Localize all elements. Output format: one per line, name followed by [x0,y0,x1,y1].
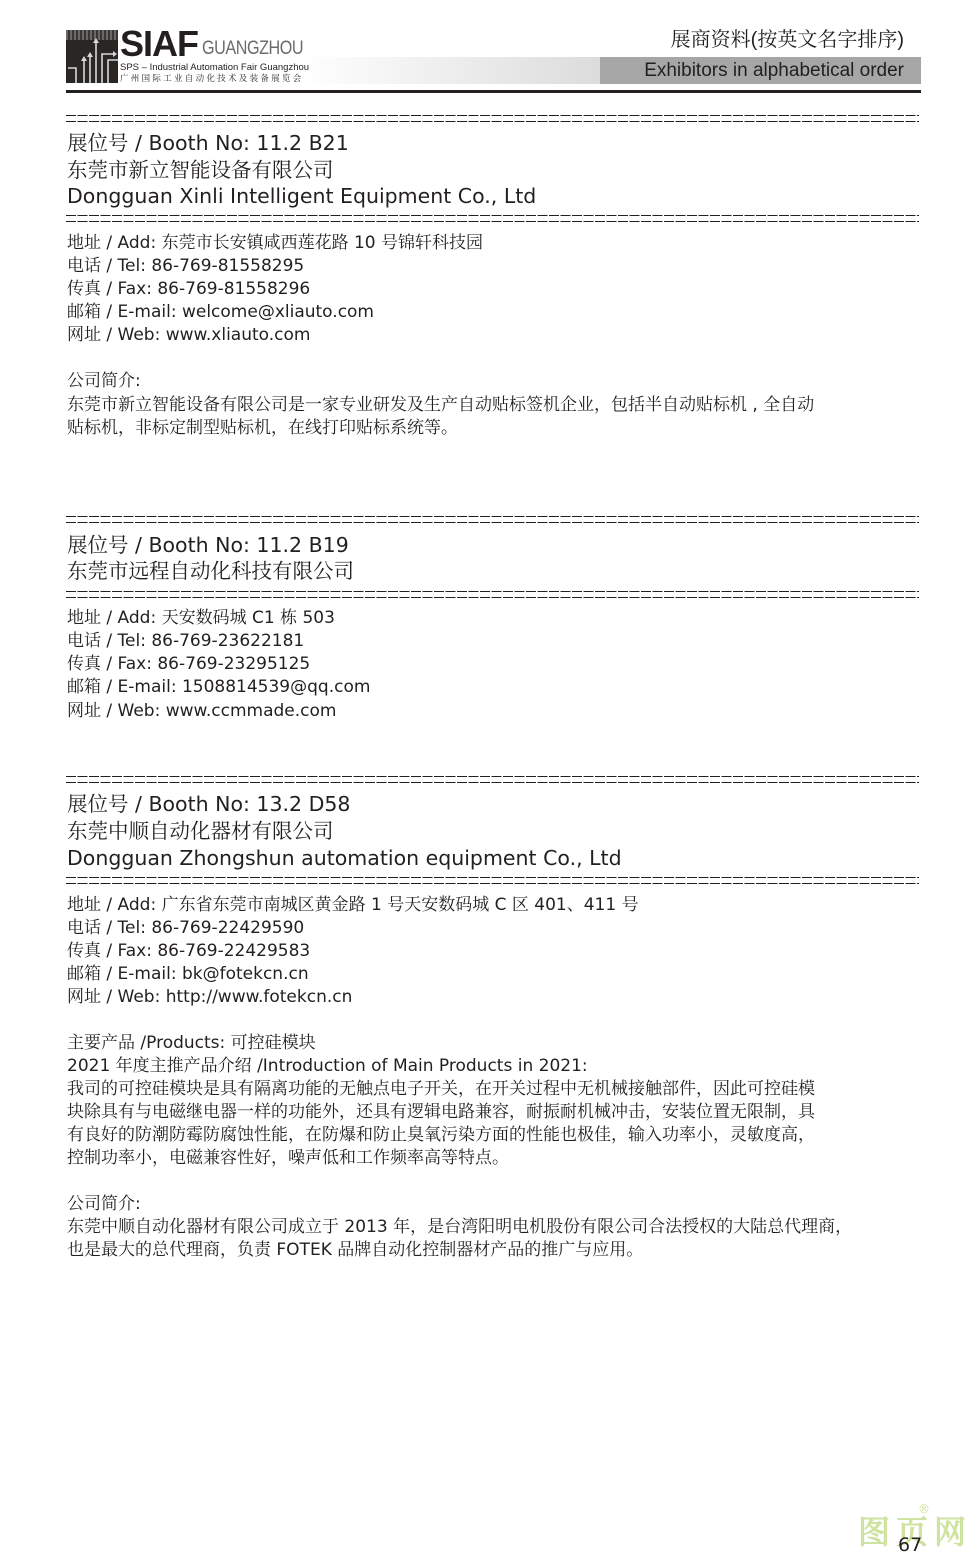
page-number: 67 [898,1533,922,1557]
tel: 电话 / Tel: 86-769-23622181 [67,630,304,653]
company-name-en: Dongguan Zhongshun automation equipment … [67,845,622,871]
product-intro: 我司的可控硅模块是具有隔离功能的无触点电子开关，在开关过程中无机械接触部件，因此… [67,1078,923,1170]
separator [66,516,919,523]
email-link[interactable]: 邮箱 / E-mail: welcome@xliauto.com [67,301,374,324]
web-link[interactable]: 网址 / Web: www.ccmmade.com [67,700,336,723]
profile-line: 东莞市新立智能设备有限公司是一家专业研发及生产自动贴标签机企业，包括半自动贴标机… [67,394,923,417]
page-header: SIAF GUANGZHOU SPS – Industrial Automati… [0,0,980,100]
intro-label: 2021 年度主推产品介绍 /Introduction of Main Prod… [67,1055,588,1078]
profile-line: 东莞中顺自动化器材有限公司成立于 2013 年，是台湾阳明电机股份有限公司合法授… [67,1216,923,1239]
header-rule [66,90,921,93]
main-products: 主要产品 /Products: 可控硅模块 [67,1032,316,1055]
intro-line: 有良好的防潮防霉防腐蚀性能，在防爆和防止臭氧污染方面的性能也极佳，输入功率小，灵… [67,1124,923,1147]
logo-subtitle-cn: 广州国际工业自动化技术及装备展览会 [120,73,304,83]
company-name-cn: 东莞市新立智能设备有限公司 [67,157,334,183]
separator [66,215,919,222]
intro-line: 块除具有与电磁继电器一样的功能外，还具有逻辑电路兼容，耐振耐机械冲击，安装位置无… [67,1101,923,1124]
separator [66,877,919,884]
header-title-cn: 展商资料(按英文名字排序) [671,28,904,52]
header-title-en: Exhibitors in alphabetical order [644,59,904,83]
separator [66,591,919,598]
profile-label: 公司简介: [67,1193,141,1216]
web-link[interactable]: 网址 / Web: http://www.fotekcn.cn [67,986,352,1009]
booth-number: 展位号 / Booth No: 11.2 B21 [67,130,349,156]
registered-mark-icon: ® [918,1502,930,1516]
logo-city: GUANGZHOU [202,38,303,60]
header-fade [300,57,600,84]
intro-line: 控制功率小，电磁兼容性好，噪声低和工作频率高等特点。 [67,1147,923,1170]
company-name-cn: 东莞中顺自动化器材有限公司 [67,818,334,844]
address: 地址 / Add: 东莞市长安镇咸西莲花路 10 号锦轩科技园 [67,232,483,255]
address: 地址 / Add: 天安数码城 C1 栋 503 [67,607,335,630]
profile-line: 贴标机，非标定制型贴标机，在线打印贴标系统等。 [67,417,923,440]
web-link[interactable]: 网址 / Web: www.xliauto.com [67,324,310,347]
company-profile: 东莞中顺自动化器材有限公司成立于 2013 年，是台湾阳明电机股份有限公司合法授… [67,1216,923,1262]
profile-label: 公司简介: [67,370,141,393]
email-link[interactable]: 邮箱 / E-mail: 1508814539@qq.com [67,676,370,699]
logo-subtitle-en: SPS – Industrial Automation Fair Guangzh… [120,62,309,73]
profile-line: 也是最大的总代理商，负责 FOTEK 品牌自动化控制器材产品的推广与应用。 [67,1239,923,1262]
separator [66,776,919,783]
email-link[interactable]: 邮箱 / E-mail: bk@fotekcn.cn [67,963,309,986]
tel: 电话 / Tel: 86-769-81558295 [67,255,304,278]
intro-line: 我司的可控硅模块是具有隔离功能的无触点电子开关，在开关过程中无机械接触部件，因此… [67,1078,923,1101]
company-profile: 东莞市新立智能设备有限公司是一家专业研发及生产自动贴标签机企业，包括半自动贴标机… [67,394,923,440]
booth-number: 展位号 / Booth No: 13.2 D58 [67,791,350,817]
fax: 传真 / Fax: 86-769-23295125 [67,653,310,676]
company-name-cn: 东莞市远程自动化科技有限公司 [67,558,354,584]
address: 地址 / Add: 广东省东莞市南城区黄金路 1 号天安数码城 C 区 401、… [67,894,639,917]
separator [66,115,919,122]
siaf-logo-icon [66,30,118,83]
tel: 电话 / Tel: 86-769-22429590 [67,917,304,940]
company-name-en: Dongguan Xinli Intelligent Equipment Co.… [67,183,536,209]
fax: 传真 / Fax: 86-769-81558296 [67,278,310,301]
logo-brand: SIAF [120,26,198,62]
booth-number: 展位号 / Booth No: 11.2 B19 [67,532,349,558]
fax: 传真 / Fax: 86-769-22429583 [67,940,310,963]
